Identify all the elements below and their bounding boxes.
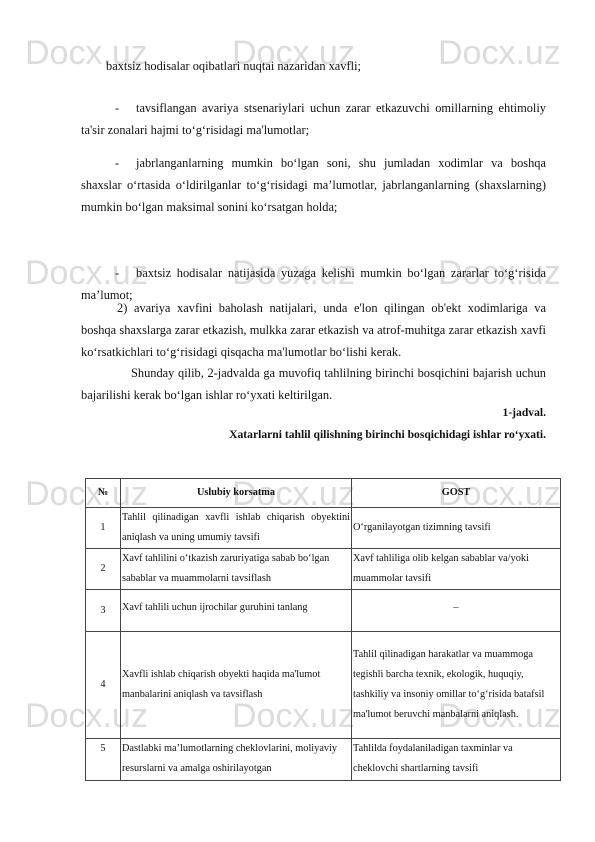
table-row: 1 Tahlil qilinadigan xavfli ishlab chiqa… <box>86 508 561 549</box>
table-row: 4 Xavfli ishlab chiqarish obyekti haqida… <box>86 632 561 739</box>
row-number: 5 <box>86 739 121 781</box>
row-number: 1 <box>86 508 121 549</box>
row-method: Xavfli ishlab chiqarish obyekti haqida m… <box>121 632 352 739</box>
row-number: 4 <box>86 632 121 739</box>
row-number: 3 <box>86 590 121 632</box>
dash-bullet: - <box>115 152 136 174</box>
paragraph-text: Shunday qilib, 2-jadvalda ga muvofiq tah… <box>81 366 546 402</box>
row-number: 2 <box>86 549 121 590</box>
header-gost: GOST <box>352 479 561 508</box>
row-gost: Tahlilda foydalaniladigan taxminlar va c… <box>352 739 561 781</box>
paragraph: Shunday qilib, 2-jadvalda ga muvofiq tah… <box>81 362 546 406</box>
table-label: 1-jadval. <box>81 402 546 424</box>
paragraph-text: jabrlanganlarning mumkin bo‘lgan soni, s… <box>81 156 546 214</box>
table-row: 3 Xavf tahlili uchun ijrochilar guruhini… <box>86 590 561 632</box>
dash-bullet: - <box>115 97 136 119</box>
row-method: Xavf tahlili uchun ijrochilar guruhini t… <box>121 590 352 632</box>
paragraph-text: 2) avariya xavfini baholash natijalari, … <box>81 301 546 359</box>
paragraph: baxtsiz hodisalar oqibatlari nuqtai naza… <box>81 55 546 77</box>
table-row: 2 Xavf tahlilini o‘tkazish zaruriyatiga … <box>86 549 561 590</box>
row-gost: Xavf tahliliga olib kelgan sabablar va/y… <box>352 549 561 590</box>
row-gost: O‘rganilayotgan tizimning tavsifi <box>352 508 561 549</box>
row-gost: – <box>352 590 561 632</box>
paragraph: 2) avariya xavfini baholash natijalari, … <box>81 297 546 364</box>
dash-bullet: - <box>115 262 136 284</box>
row-method-text: Dastlabki ma’lumotlarning cheklovlarini,… <box>122 739 350 779</box>
row-method: Dastlabki ma’lumotlarning cheklovlarini,… <box>121 739 352 781</box>
bullet-paragraph: -jabrlanganlarning mumkin bo‘lgan soni, … <box>81 152 546 219</box>
table-row: 5 Dastlabki ma’lumotlarning cheklovlarin… <box>86 739 561 781</box>
header-method: Uslubiy korsatma <box>121 479 352 508</box>
row-method: Xavf tahlilini o‘tkazish zaruriyatiga sa… <box>121 549 352 590</box>
row-gost: Tahlil qilinadigan harakatlar va muammog… <box>352 632 561 739</box>
paragraph-text: baxtsiz hodisalar oqibatlari nuqtai naza… <box>106 59 361 73</box>
bullet-paragraph: -tavsiflangan avariya stsenariylari uchu… <box>81 97 546 141</box>
table-caption: Xatarlarni tahlil qilishning birinchi bo… <box>81 424 546 446</box>
work-list-table: № Uslubiy korsatma GOST 1 Tahlil qilinad… <box>85 478 561 781</box>
header-number: № <box>86 479 121 508</box>
row-method: Tahlil qilinadigan xavfli ishlab chiqari… <box>121 508 352 549</box>
paragraph-text: tavsiflangan avariya stsenariylari uchun… <box>81 101 546 137</box>
table-header-row: № Uslubiy korsatma GOST <box>86 479 561 508</box>
